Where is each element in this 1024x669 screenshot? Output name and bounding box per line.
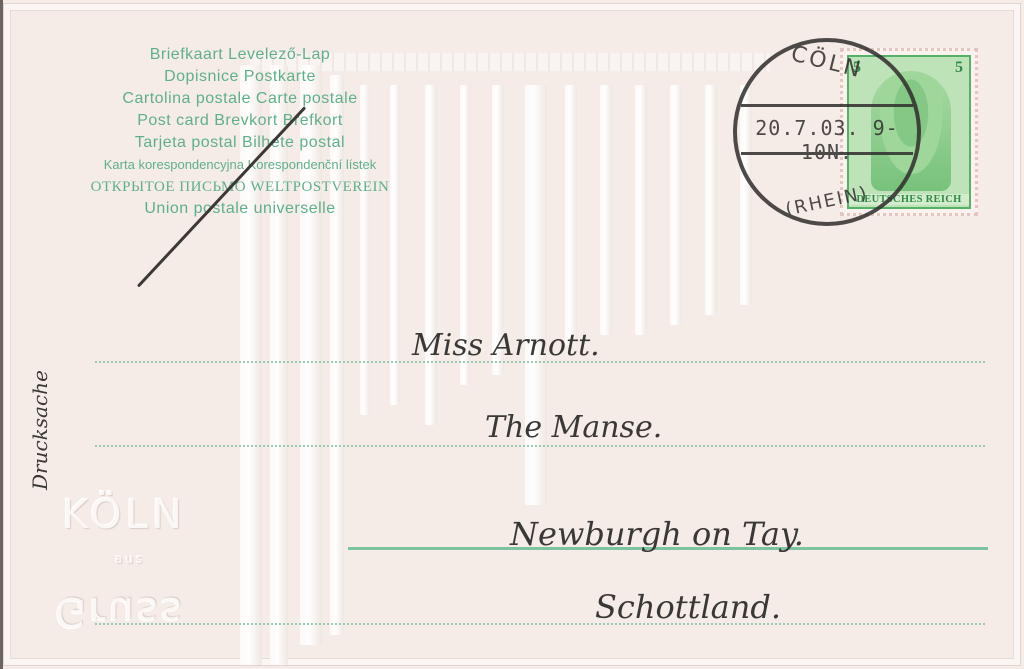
stamp-value-right: 5 [955,59,963,77]
address-line [95,445,985,447]
postcard: KÖLN aus Gruss Briefkaart Levelező-Lap D… [0,0,1024,669]
embossed-gruss: Gruss [55,588,184,634]
embossed-aus: aus [115,552,145,566]
address-town: Newburgh on Tay. [510,515,804,553]
address-country: Schottland. [595,588,781,626]
postcard-header: Briefkaart Levelező-Lap Dopisnice Postka… [40,44,440,220]
embossed-city: KÖLN [62,492,186,538]
header-line: Briefkaart Levelező-Lap [40,44,440,66]
spire [635,85,647,335]
header-line: Tarjeta postal Bilhete postal [40,132,440,154]
address-line [95,623,985,625]
header-line: Post card Brevkort Brefkort [40,110,440,132]
header-line: Union postale universelle [40,198,440,220]
header-line: Dopisnice Postkarte [40,66,440,88]
address-recipient: Miss Arnott. [412,328,600,363]
postmark-bar [741,104,913,107]
spire [670,85,682,325]
header-line: Karta korespondencyjna Korespondenční lí… [40,154,440,176]
postmark: CÖLN 20.7.03. 9-10N. (RHEIN) [733,38,921,226]
header-line: Cartolina postale Carte postale [40,88,440,110]
spire [600,85,612,335]
handwritten-drucksache: Drucksache [28,370,52,490]
scan-edge [0,0,3,669]
postmark-bar [741,152,913,155]
spire [705,85,717,315]
postmark-city: CÖLN [737,29,918,97]
spire [565,85,577,345]
postmark-region: (RHEIN) [737,173,917,231]
postmark-date: 20.7.03. 9-10N. [737,116,917,164]
address-street: The Manse. [485,410,662,445]
